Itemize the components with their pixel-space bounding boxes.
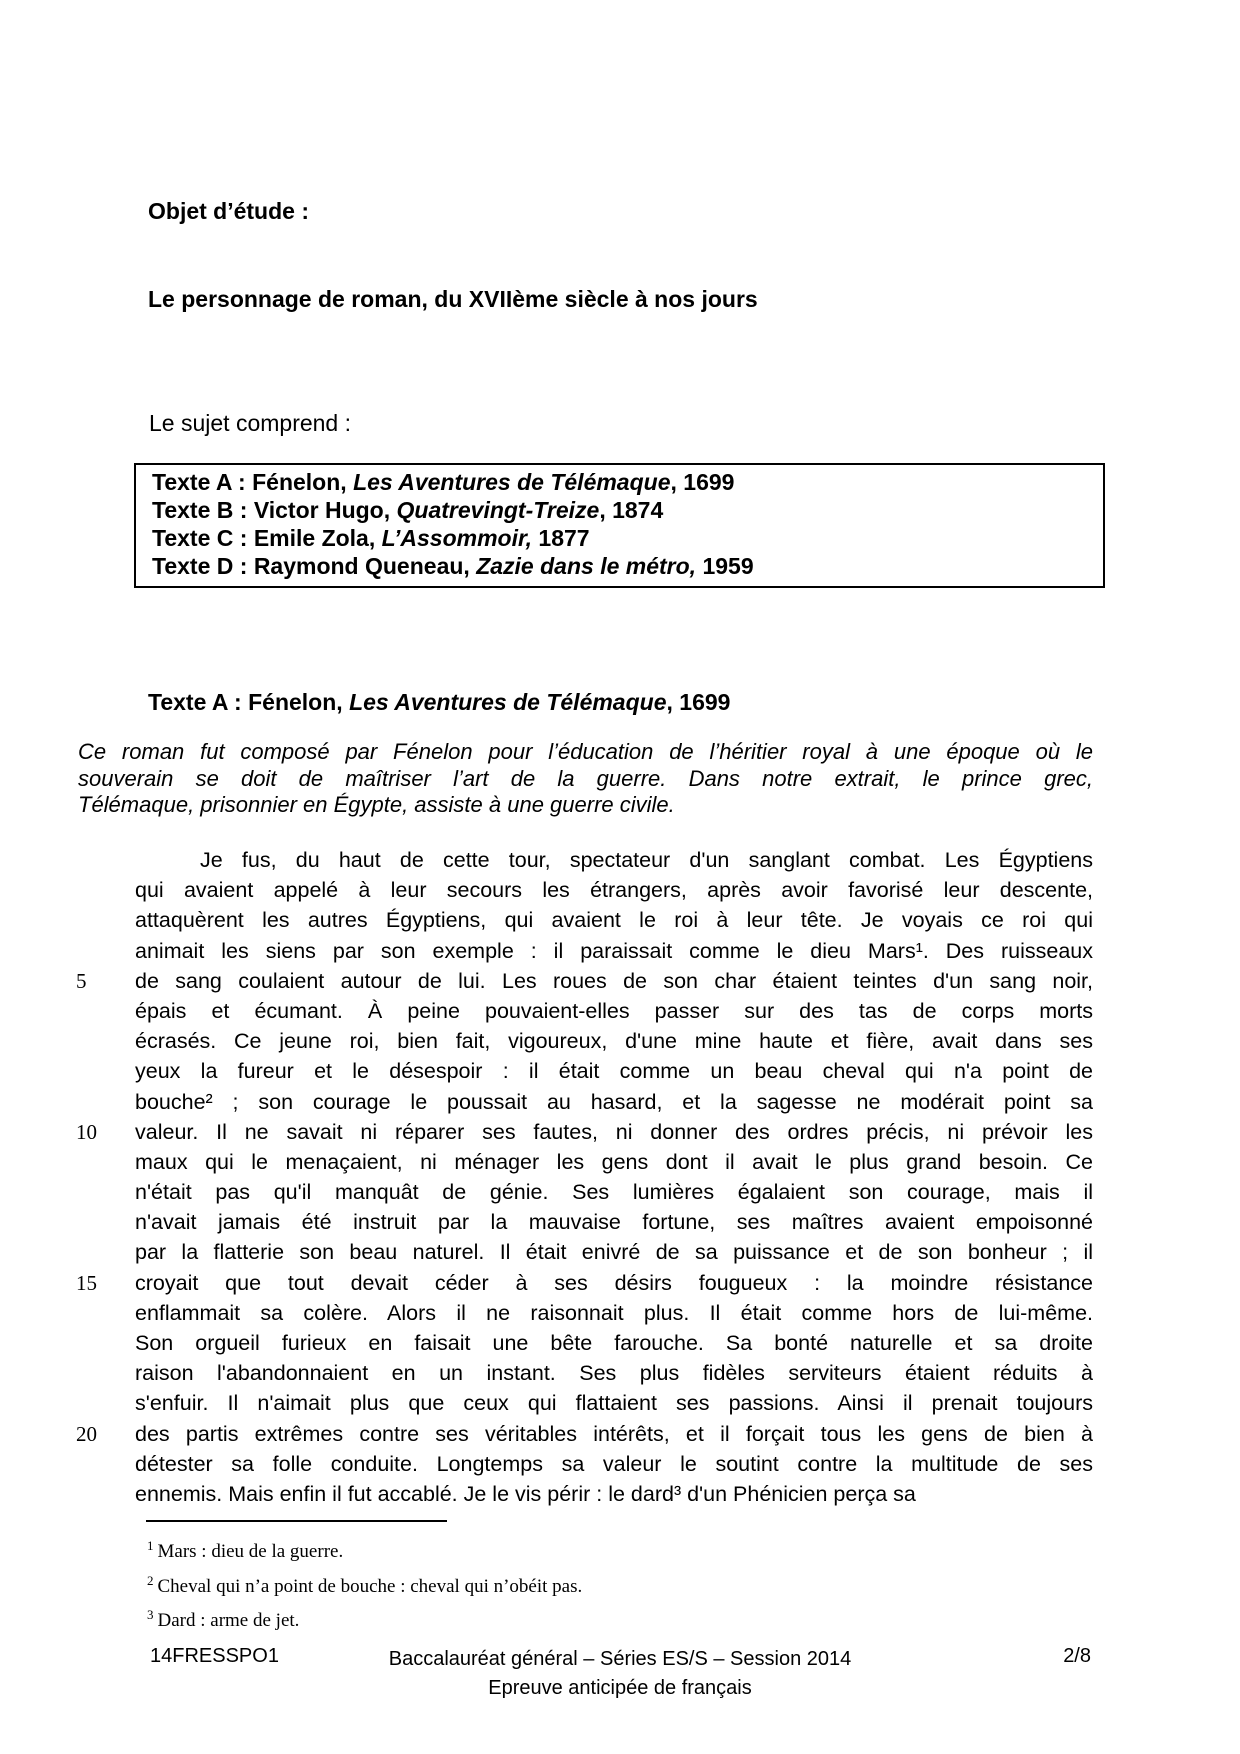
body-text-line: 20des partis extrêmes contre ses véritab… <box>135 1419 1093 1449</box>
document-page: { "page": { "objet_label": "Objet d’étud… <box>0 0 1240 1754</box>
body-line-text: n'était pas qu'il manquât de génie. Ses … <box>135 1180 1093 1204</box>
body-text-line: attaquèrent les autres Égyptiens, qui av… <box>135 905 1093 935</box>
body-line-text: bouche² ; son courage le poussait au has… <box>135 1090 1093 1114</box>
chapeau-line: Ce roman fut composé par Fénelon pour l’… <box>78 739 1093 766</box>
body-line-text: ennemis. Mais enfin il fut accablé. Je l… <box>135 1482 916 1506</box>
body-text-line: qui avaient appelé à leur secours les ét… <box>135 875 1093 905</box>
body-text-line: bouche² ; son courage le poussait au has… <box>135 1087 1093 1117</box>
body-text-line: maux qui le menaçaient, ni ménager les g… <box>135 1147 1093 1177</box>
body-line-text: détester sa folle conduite. Longtemps sa… <box>135 1452 1093 1476</box>
footnote-text: Cheval qui n’a point de bouche : cheval … <box>158 1576 583 1597</box>
body-line-text: attaquèrent les autres Égyptiens, qui av… <box>135 908 1093 932</box>
body-text-line: Je fus, du haut de cette tour, spectateu… <box>135 845 1093 875</box>
footnote-text: Dard : arme de jet. <box>158 1610 300 1631</box>
footnote-text: Mars : dieu de la guerre. <box>158 1541 344 1562</box>
body-text-line: Son orgueil furieux en faisait une bête … <box>135 1328 1093 1358</box>
body-line-text: s'enfuir. Il n'aimait plus que ceux qui … <box>135 1391 1093 1415</box>
body-text-line: n'avait jamais été instruit par la mauva… <box>135 1207 1093 1237</box>
body-text-line: s'enfuir. Il n'aimait plus que ceux qui … <box>135 1388 1093 1418</box>
body-text-line: raison l'abandonnaient en un instant. Se… <box>135 1358 1093 1388</box>
text-reference-line: Texte C : Emile Zola, L’Assommoir, 1877 <box>152 524 1091 552</box>
footer-page-number: 2/8 <box>1063 1645 1091 1668</box>
text-segment: Texte C : Emile Zola, <box>152 525 382 551</box>
italic-text-segment: Zazie dans le métro, <box>476 553 696 579</box>
footnote-number: 3 <box>147 1607 154 1622</box>
body-line-text: raison l'abandonnaient en un instant. Se… <box>135 1361 1093 1385</box>
body-line-text: animait les siens par son exemple : il p… <box>135 939 1093 963</box>
line-number: 15 <box>76 1268 120 1298</box>
body-line-text: yeux la fureur et le désespoir : il étai… <box>135 1059 1093 1083</box>
body-line-text: écrasés. Ce jeune roi, bien fait, vigour… <box>135 1029 1093 1053</box>
body-text-line: 5de sang coulaient autour de lui. Les ro… <box>135 966 1093 996</box>
texte-a-heading: Texte A : Fénelon, Les Aventures de Télé… <box>148 688 730 716</box>
line-number: 10 <box>76 1117 120 1147</box>
footer-exam-subtitle: Epreuve anticipée de français <box>0 1674 1240 1703</box>
footnote-separator <box>146 1520 447 1522</box>
line-number: 5 <box>76 966 120 996</box>
body-line-text: croyait que tout devait céder à ses dési… <box>135 1271 1093 1295</box>
body-text-line: enflammait sa colère. Alors il ne raison… <box>135 1298 1093 1328</box>
text-segment: Texte A : Fénelon, <box>148 689 349 715</box>
chapeau-line: souverain se doit de maîtriser l’art de … <box>78 766 1093 793</box>
italic-text-segment: L’Assommoir, <box>382 525 532 551</box>
footnote-number: 2 <box>147 1573 154 1588</box>
body-line-text: Je fus, du haut de cette tour, spectateu… <box>200 848 1093 872</box>
body-line-text: qui avaient appelé à leur secours les ét… <box>135 878 1093 902</box>
body-text-line: yeux la fureur et le désespoir : il étai… <box>135 1056 1093 1086</box>
text-segment: , 1699 <box>667 689 731 715</box>
footnote-number: 1 <box>147 1538 154 1553</box>
body-text-line: 10valeur. Il ne savait ni réparer ses fa… <box>135 1117 1093 1147</box>
text-reference-line: Texte B : Victor Hugo, Quatrevingt-Treiz… <box>152 496 1091 524</box>
body-line-text: enflammait sa colère. Alors il ne raison… <box>135 1301 1093 1325</box>
text-reference-line: Texte A : Fénelon, Les Aventures de Télé… <box>152 468 1091 496</box>
footnote: 1Mars : dieu de la guerre. <box>147 1532 582 1567</box>
objet-etude-label: Objet d’étude : <box>148 197 309 225</box>
texte-a-body: Je fus, du haut de cette tour, spectateu… <box>135 845 1093 1509</box>
texte-a-chapeau: Ce roman fut composé par Fénelon pour l’… <box>78 739 1093 819</box>
footer-exam-title: Baccalauréat général – Séries ES/S – Ses… <box>0 1645 1240 1674</box>
body-text-line: détester sa folle conduite. Longtemps sa… <box>135 1449 1093 1479</box>
body-line-text: épais et écumant. À peine pouvaient-elle… <box>135 999 1093 1023</box>
footer-center: Baccalauréat général – Séries ES/S – Ses… <box>0 1645 1240 1703</box>
body-line-text: n'avait jamais été instruit par la mauva… <box>135 1210 1093 1234</box>
body-text-line: écrasés. Ce jeune roi, bien fait, vigour… <box>135 1026 1093 1056</box>
body-text-line: par la flatterie son beau naturel. Il ét… <box>135 1237 1093 1267</box>
text-segment: 1959 <box>696 553 754 579</box>
footnotes: 1Mars : dieu de la guerre. 2Cheval qui n… <box>147 1532 582 1636</box>
texts-list-box: Texte A : Fénelon, Les Aventures de Télé… <box>134 463 1105 588</box>
body-line-text: Son orgueil furieux en faisait une bête … <box>135 1331 1093 1355</box>
italic-text-segment: Les Aventures de Télémaque <box>353 469 670 495</box>
footnote: 3Dard : arme de jet. <box>147 1601 582 1636</box>
body-text-line: 15croyait que tout devait céder à ses dé… <box>135 1268 1093 1298</box>
body-text-line: ennemis. Mais enfin il fut accablé. Je l… <box>135 1479 1093 1509</box>
objet-etude-title: Le personnage de roman, du XVIIème siècl… <box>148 285 758 313</box>
body-line-text: des partis extrêmes contre ses véritable… <box>135 1422 1093 1446</box>
text-reference-line: Texte D : Raymond Queneau, Zazie dans le… <box>152 552 1091 580</box>
sujet-comprend-line: Le sujet comprend : <box>149 409 351 437</box>
italic-text-segment: Les Aventures de Télémaque <box>349 689 666 715</box>
text-segment: Texte A : Fénelon, <box>152 469 353 495</box>
chapeau-line: Télémaque, prisonnier en Égypte, assiste… <box>78 792 1093 819</box>
body-text-line: n'était pas qu'il manquât de génie. Ses … <box>135 1177 1093 1207</box>
body-text-line: animait les siens par son exemple : il p… <box>135 936 1093 966</box>
body-line-text: valeur. Il ne savait ni réparer ses faut… <box>135 1120 1093 1144</box>
body-line-text: par la flatterie son beau naturel. Il ét… <box>135 1240 1093 1264</box>
body-line-text: de sang coulaient autour de lui. Les rou… <box>135 969 1093 993</box>
text-segment: Texte D : Raymond Queneau, <box>152 553 476 579</box>
line-number: 20 <box>76 1419 120 1449</box>
footnote: 2Cheval qui n’a point de bouche : cheval… <box>147 1567 582 1602</box>
text-segment: Texte B : Victor Hugo, <box>152 497 397 523</box>
italic-text-segment: Quatrevingt-Treize <box>397 497 600 523</box>
text-segment: 1877 <box>532 525 590 551</box>
body-line-text: maux qui le menaçaient, ni ménager les g… <box>135 1150 1093 1174</box>
text-segment: , 1874 <box>599 497 663 523</box>
text-segment: , 1699 <box>671 469 735 495</box>
body-text-line: épais et écumant. À peine pouvaient-elle… <box>135 996 1093 1026</box>
